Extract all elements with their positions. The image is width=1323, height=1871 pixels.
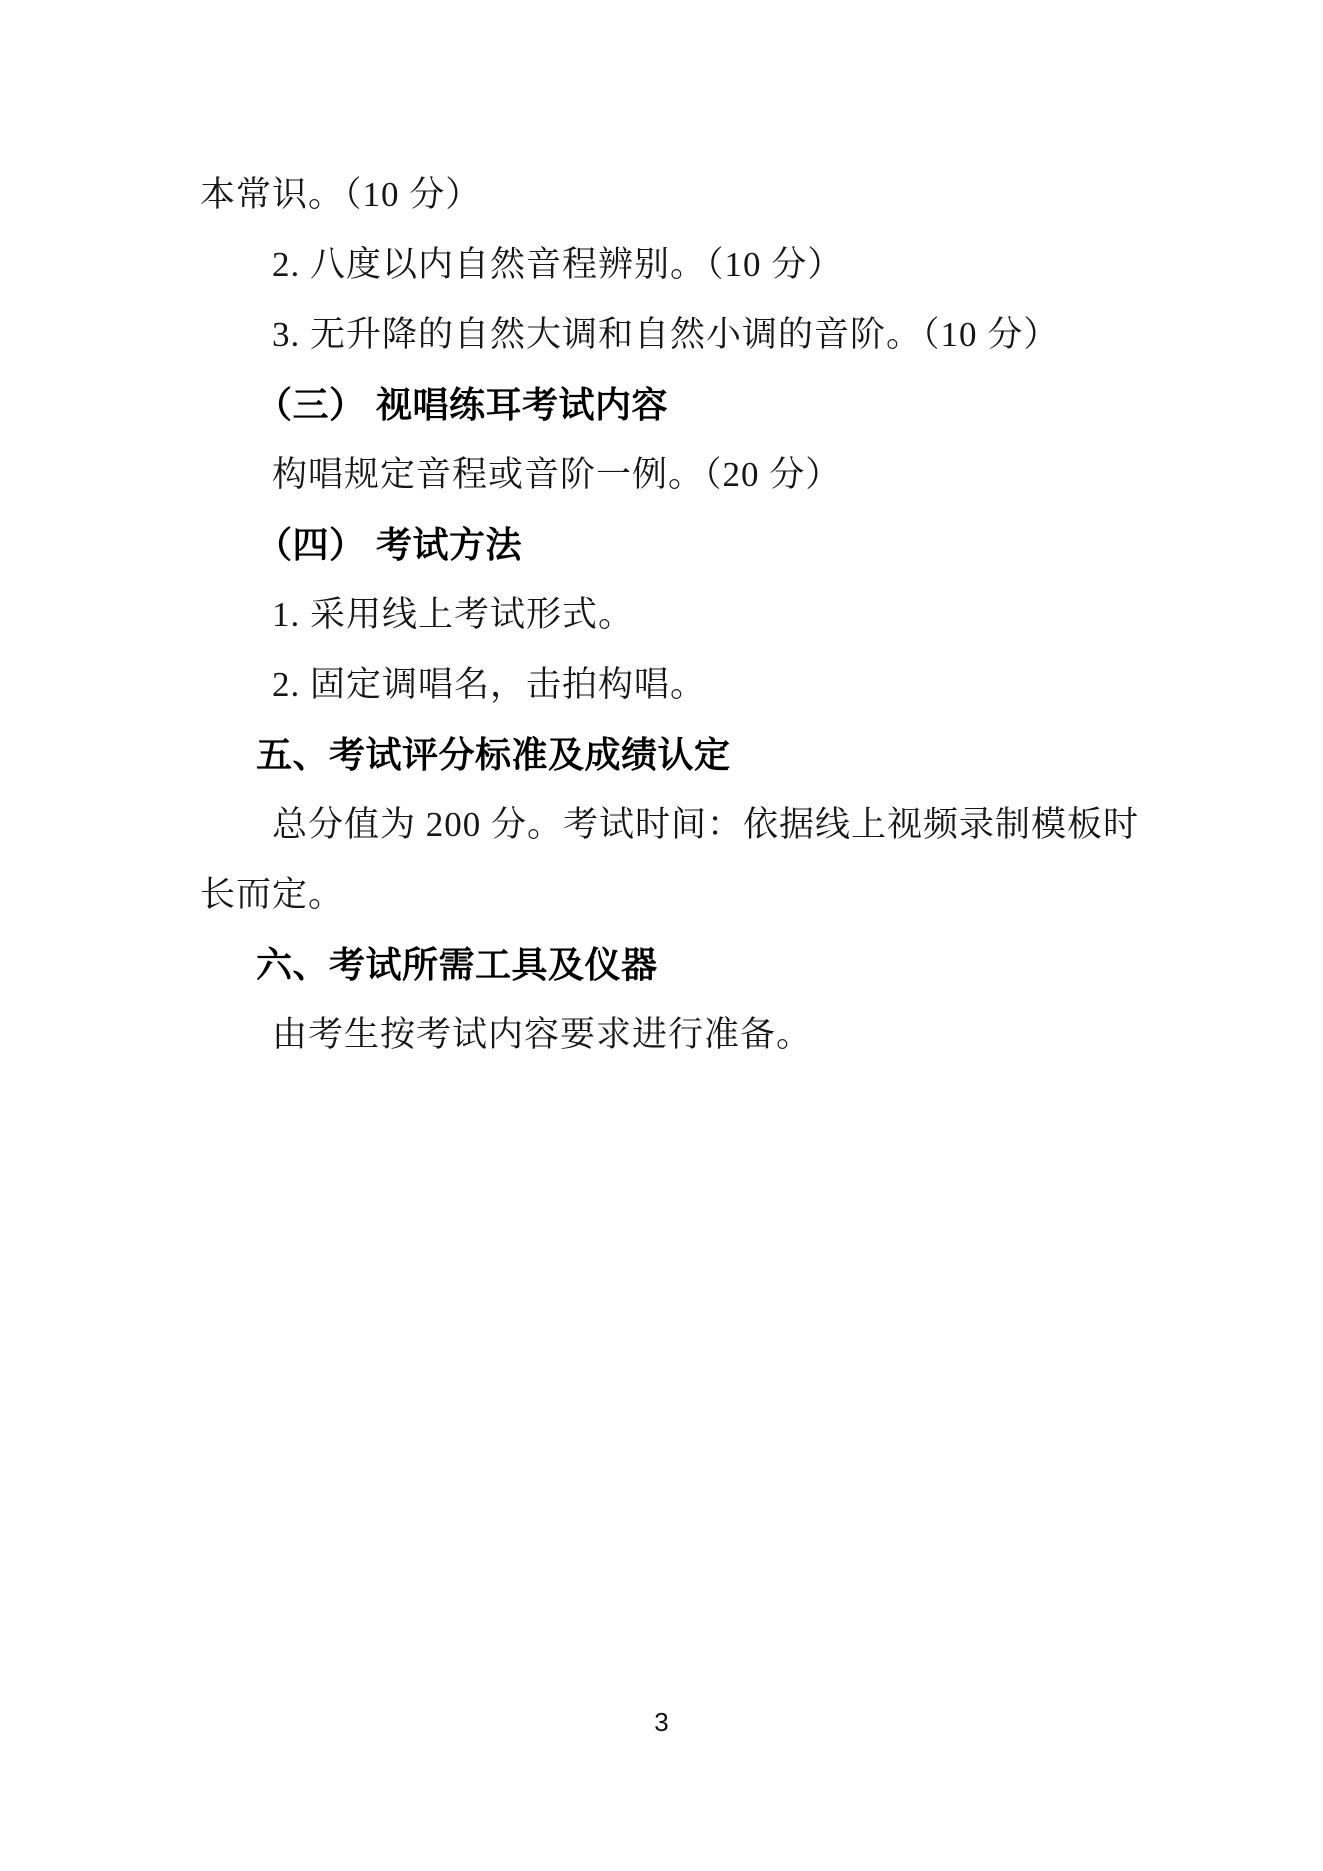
subsection-heading: （四） 考试方法 — [200, 510, 1123, 580]
paragraph-continuation: 本常识。（10 分） — [200, 160, 1123, 230]
section-heading: 六、考试所需工具及仪器 — [200, 930, 1123, 1000]
page-number: 3 — [0, 1700, 1323, 1744]
paragraph-continuation: 长而定。 — [200, 860, 1123, 930]
document-body: 本常识。（10 分） 2. 八度以内自然音程辨别。（10 分） 3. 无升降的自… — [200, 160, 1123, 1070]
section-heading: 五、考试评分标准及成绩认定 — [200, 720, 1123, 790]
list-item: 2. 八度以内自然音程辨别。（10 分） — [200, 230, 1123, 300]
list-item: 3. 无升降的自然大调和自然小调的音阶。（10 分） — [200, 300, 1123, 370]
paragraph: 由考生按考试内容要求进行准备。 — [200, 1000, 1123, 1070]
document-page: 本常识。（10 分） 2. 八度以内自然音程辨别。（10 分） 3. 无升降的自… — [0, 0, 1323, 1871]
list-item: 1. 采用线上考试形式。 — [200, 580, 1123, 650]
paragraph: 总分值为 200 分。考试时间：依据线上视频录制模板时 — [200, 790, 1123, 860]
list-item: 2. 固定调唱名，击拍构唱。 — [200, 650, 1123, 720]
paragraph: 构唱规定音程或音阶一例。（20 分） — [200, 440, 1123, 510]
subsection-heading: （三） 视唱练耳考试内容 — [200, 370, 1123, 440]
